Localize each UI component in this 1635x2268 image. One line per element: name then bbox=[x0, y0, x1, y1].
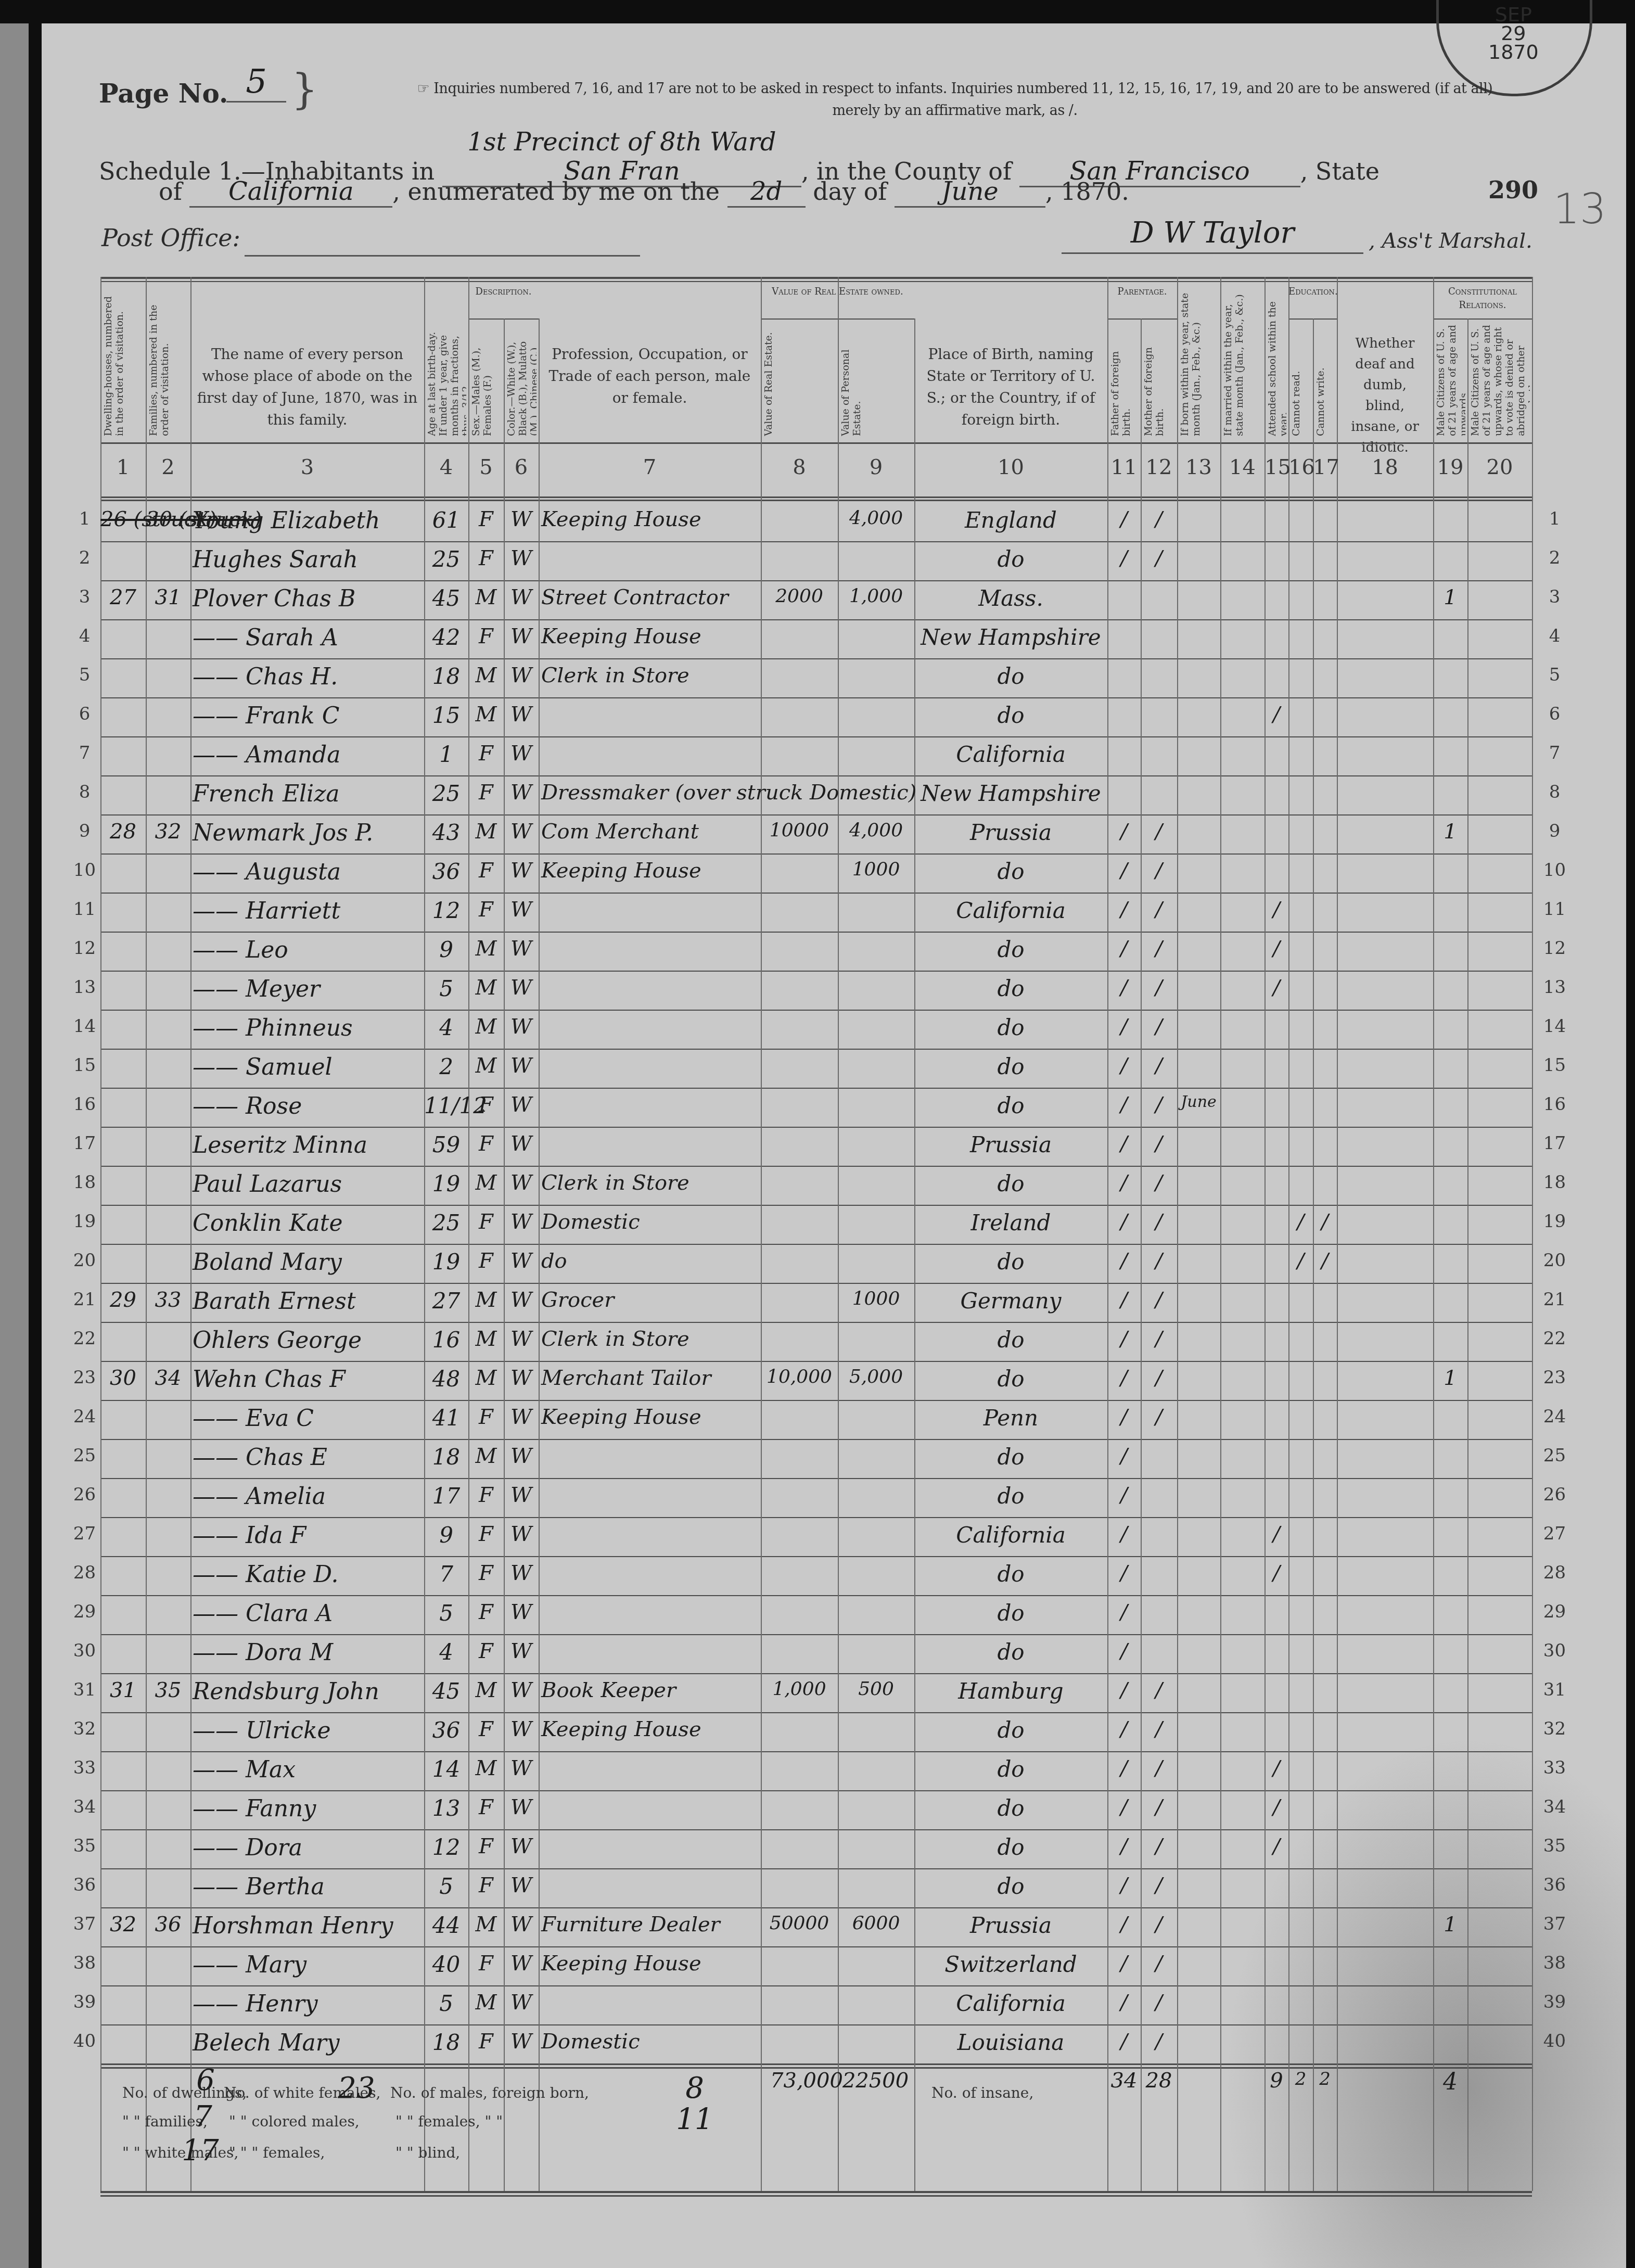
cell-age: 43 bbox=[424, 820, 468, 845]
line-number-left: 31 bbox=[73, 1679, 96, 1700]
cell-mother-foreign: / bbox=[1141, 546, 1177, 570]
cell-dwelling: 30 bbox=[100, 1366, 146, 1390]
line-number-left: 22 bbox=[73, 1328, 96, 1349]
cell-mother-foreign: / bbox=[1141, 1874, 1177, 1897]
cell-age: 19 bbox=[424, 1249, 468, 1275]
cell-sex: M bbox=[468, 1444, 504, 1468]
post-office-label: Post Office: bbox=[101, 224, 240, 252]
cell-occupation: Com Merchant bbox=[541, 820, 761, 844]
column-rule bbox=[190, 277, 191, 2191]
cell-birthplace: do bbox=[914, 1444, 1107, 1470]
line-number-right: 38 bbox=[1543, 1953, 1566, 1973]
cell-color: W bbox=[504, 1522, 539, 1546]
cell-cannot-write: / bbox=[1313, 1210, 1337, 1234]
line-number-left: 35 bbox=[73, 1836, 96, 1856]
cell-color: W bbox=[504, 2030, 539, 2054]
cell-personal-estate: 1000 bbox=[838, 859, 914, 880]
cell-name: —— Sarah A bbox=[193, 625, 424, 651]
column-number-15: 15 bbox=[1264, 455, 1288, 479]
line-number-right: 14 bbox=[1543, 1016, 1566, 1037]
cell-father-foreign: / bbox=[1107, 1561, 1141, 1585]
cell-dwelling: 26 (struck) bbox=[100, 507, 146, 531]
cell-age: 48 bbox=[424, 1366, 468, 1392]
cell-name: Leseritz Minna bbox=[193, 1132, 424, 1158]
column-number-4: 4 bbox=[424, 455, 468, 479]
column-number-11: 11 bbox=[1107, 455, 1141, 479]
column-header-18: Whether deaf and dumb, blind, insane, or… bbox=[1342, 333, 1428, 458]
cell-age: 27 bbox=[424, 1288, 468, 1314]
cell-real-estate: 10000 bbox=[761, 820, 838, 841]
column-number-18: 18 bbox=[1337, 455, 1433, 479]
cell-father-foreign: / bbox=[1107, 1132, 1141, 1156]
line-number-left: 8 bbox=[73, 782, 96, 802]
cell-school: / bbox=[1264, 1834, 1288, 1858]
cell-school: / bbox=[1264, 937, 1288, 961]
cell-name: —— Eva C bbox=[193, 1405, 424, 1432]
cell-age: 59 bbox=[424, 1132, 468, 1157]
line-number-left: 12 bbox=[73, 938, 96, 959]
rule bbox=[100, 1010, 1532, 1011]
cell-color: W bbox=[504, 546, 539, 570]
cell-birthplace: do bbox=[914, 1093, 1107, 1118]
rule bbox=[100, 1283, 1532, 1284]
rule bbox=[100, 2024, 1532, 2025]
line-number-left: 26 bbox=[73, 1484, 96, 1505]
cell-school: / bbox=[1264, 1795, 1288, 1819]
line-number-left: 11 bbox=[73, 899, 96, 920]
cell-father-foreign: / bbox=[1107, 1405, 1141, 1429]
column-number-12: 12 bbox=[1141, 455, 1177, 479]
line-number-right: 7 bbox=[1543, 743, 1566, 763]
cell-real-estate: 50000 bbox=[761, 1913, 838, 1934]
cell-sex: M bbox=[468, 1678, 504, 1702]
cell-sex: M bbox=[468, 1015, 504, 1039]
line-number-left: 1 bbox=[73, 508, 96, 529]
cell-birthplace: do bbox=[914, 1717, 1107, 1743]
column-rule bbox=[761, 277, 762, 2191]
cell-sex: M bbox=[468, 1171, 504, 1195]
cell-citizen: 1 bbox=[1433, 585, 1467, 609]
column-number-5: 5 bbox=[468, 455, 504, 479]
cell-sex: F bbox=[468, 1093, 504, 1117]
column-rule bbox=[539, 318, 540, 2191]
cell-age: 25 bbox=[424, 546, 468, 572]
cell-school: / bbox=[1264, 898, 1288, 922]
cell-name: Young Elizabeth bbox=[193, 507, 424, 534]
cell-birthplace: do bbox=[914, 1795, 1107, 1821]
cell-personal-estate: 6000 bbox=[838, 1913, 914, 1934]
cell-father-foreign: / bbox=[1107, 859, 1141, 883]
rule bbox=[100, 1751, 1532, 1752]
line-number-right: 13 bbox=[1543, 977, 1566, 998]
line-number-left: 7 bbox=[73, 743, 96, 763]
cell-age: 18 bbox=[424, 1444, 468, 1470]
cell-sex: M bbox=[468, 1913, 504, 1936]
cell-mother-foreign: / bbox=[1141, 1210, 1177, 1234]
cell-birthplace: do bbox=[914, 546, 1107, 572]
cell-father-foreign: / bbox=[1107, 1327, 1141, 1351]
cell-mother-foreign: / bbox=[1141, 1795, 1177, 1819]
cell-birthplace: England bbox=[914, 507, 1107, 533]
cell-mother-foreign: / bbox=[1141, 1952, 1177, 1976]
cell-birthplace: do bbox=[914, 1483, 1107, 1509]
line-number-left: 34 bbox=[73, 1796, 96, 1817]
line-number-left: 39 bbox=[73, 1992, 96, 2012]
group-header-description: Description. bbox=[468, 285, 539, 299]
cell-father-foreign: / bbox=[1107, 1600, 1141, 1624]
instructions-line-2: merely by an affirmative mark, as /. bbox=[375, 100, 1535, 122]
total-personal-estate: 22500 bbox=[838, 2069, 913, 2093]
cell-name: —— Phinneus bbox=[193, 1015, 424, 1041]
cell-dwelling: 28 bbox=[100, 820, 146, 844]
cell-birthplace: Prussia bbox=[914, 820, 1107, 845]
cell-sex: F bbox=[468, 1522, 504, 1546]
line-number-right: 6 bbox=[1543, 704, 1566, 724]
schedule-line-2: of California, enumerated by me on the 2… bbox=[159, 177, 1129, 208]
cell-sex: F bbox=[468, 1717, 504, 1741]
cell-birthplace: do bbox=[914, 976, 1107, 1001]
cell-color: W bbox=[504, 1834, 539, 1858]
rule bbox=[100, 500, 1532, 501]
cell-dwelling: 32 bbox=[100, 1913, 146, 1936]
cell-personal-estate: 1000 bbox=[838, 1288, 914, 1309]
total-real-estate: 73,000 bbox=[770, 2069, 838, 2093]
line-number-right: 11 bbox=[1543, 899, 1566, 920]
line-number-left: 15 bbox=[73, 1055, 96, 1076]
cell-personal-estate: 5,000 bbox=[838, 1366, 914, 1387]
cell-age: 18 bbox=[424, 2030, 468, 2055]
line-number-right: 1 bbox=[1543, 508, 1566, 529]
cell-age: 5 bbox=[424, 1874, 468, 1899]
cell-mother-foreign: / bbox=[1141, 1288, 1177, 1312]
cell-father-foreign: / bbox=[1107, 1288, 1141, 1312]
cell-mother-foreign: / bbox=[1141, 937, 1177, 961]
cell-occupation: Keeping House bbox=[541, 1717, 761, 1741]
line-number-left: 27 bbox=[73, 1523, 96, 1544]
cell-color: W bbox=[504, 781, 539, 805]
cell-father-foreign: / bbox=[1107, 546, 1141, 570]
column-header-4: Age at last birth-day. If under 1 year, … bbox=[426, 323, 466, 436]
cell-personal-estate: 1,000 bbox=[838, 585, 914, 607]
cell-occupation: Dressmaker (over struck Domestic) bbox=[541, 781, 761, 805]
rule bbox=[100, 775, 1532, 776]
column-number-20: 20 bbox=[1467, 455, 1532, 479]
cell-age: 13 bbox=[424, 1795, 468, 1821]
marshal-title: , Ass't Marshal. bbox=[1369, 229, 1532, 253]
cell-age: 40 bbox=[424, 1952, 468, 1977]
cell-age: 5 bbox=[424, 976, 468, 1001]
cell-birthplace: California bbox=[914, 1522, 1107, 1548]
cell-name: —— Katie D. bbox=[193, 1561, 424, 1588]
foreign-males-label: No. of males, foreign born, bbox=[390, 2084, 589, 2101]
rule bbox=[100, 1322, 1532, 1323]
line-number-left: 10 bbox=[73, 860, 96, 881]
line-number-right: 35 bbox=[1543, 1836, 1566, 1856]
cell-name: —— Chas E bbox=[193, 1444, 424, 1471]
cell-sex: F bbox=[468, 1132, 504, 1156]
cell-father-foreign: / bbox=[1107, 1678, 1141, 1702]
instructions-line-1: ☞ Inquiries numbered 7, 16, and 17 are n… bbox=[375, 78, 1535, 100]
column-header-3: The name of every person whose place of … bbox=[196, 343, 419, 431]
column-header-12: Mother of foreign birth. bbox=[1143, 323, 1175, 436]
line-number-right: 10 bbox=[1543, 860, 1566, 881]
day-field: 2d bbox=[727, 177, 806, 208]
column-number-10: 10 bbox=[914, 455, 1107, 479]
post-office-field bbox=[245, 229, 640, 257]
cell-birthplace: do bbox=[914, 703, 1107, 728]
line-number-left: 4 bbox=[73, 626, 96, 646]
colored-males-label: " " colored males, bbox=[229, 2113, 360, 2130]
cell-birthplace: do bbox=[914, 937, 1107, 962]
group-header-real-estate: Value of Real Estate owned. bbox=[761, 285, 914, 299]
line-number-right: 39 bbox=[1543, 1992, 1566, 2012]
cell-sex: M bbox=[468, 1366, 504, 1390]
cell-occupation: Keeping House bbox=[541, 507, 761, 531]
margin-number: 13 bbox=[1553, 185, 1606, 233]
cell-mother-foreign: / bbox=[1141, 1054, 1177, 1078]
line-number-left: 24 bbox=[73, 1406, 96, 1427]
column-number-13: 13 bbox=[1177, 455, 1220, 479]
line-number-left: 36 bbox=[73, 1875, 96, 1895]
column-rule bbox=[100, 277, 101, 2191]
cell-birthplace: Hamburg bbox=[914, 1678, 1107, 1704]
total-mother-foreign: 28 bbox=[1141, 2069, 1177, 2093]
cell-sex: F bbox=[468, 1639, 504, 1663]
cell-sex: F bbox=[468, 898, 504, 922]
line-number-right: 32 bbox=[1543, 1718, 1566, 1739]
rule bbox=[100, 541, 1532, 542]
column-header-1: Dwelling-houses, numbered in the order o… bbox=[103, 284, 144, 436]
group-header-constitutional: Constitutional Relations. bbox=[1433, 285, 1532, 312]
cell-sex: F bbox=[468, 1210, 504, 1234]
cell-father-foreign: / bbox=[1107, 1483, 1141, 1507]
cell-occupation: Domestic bbox=[541, 2030, 761, 2054]
column-number-19: 19 bbox=[1433, 455, 1467, 479]
cell-age: 2 bbox=[424, 1054, 468, 1079]
cell-color: W bbox=[504, 1991, 539, 2015]
cell-color: W bbox=[504, 1913, 539, 1936]
cell-name: —— Mary bbox=[193, 1952, 424, 1978]
line-number-left: 13 bbox=[73, 977, 96, 998]
column-rule bbox=[1288, 277, 1289, 2191]
column-rule bbox=[1177, 277, 1178, 2191]
cell-age: 45 bbox=[424, 1678, 468, 1704]
cell-birthplace: Prussia bbox=[914, 1913, 1107, 1938]
cell-name: Ohlers George bbox=[193, 1327, 424, 1354]
cell-color: W bbox=[504, 1874, 539, 1897]
column-rule bbox=[1220, 277, 1221, 2191]
rule bbox=[100, 932, 1532, 933]
cell-real-estate: 10,000 bbox=[761, 1366, 838, 1387]
cell-color: W bbox=[504, 1483, 539, 1507]
cell-school: / bbox=[1264, 703, 1288, 727]
line-number-right: 24 bbox=[1543, 1406, 1566, 1427]
cell-birthplace: Louisiana bbox=[914, 2030, 1107, 2055]
cell-name: —— Dora M bbox=[193, 1639, 424, 1666]
column-header-15: Attended school within the year. bbox=[1267, 284, 1286, 436]
rule bbox=[100, 1907, 1532, 1908]
month-field: June bbox=[895, 177, 1045, 208]
cell-occupation: Domestic bbox=[541, 1210, 761, 1234]
cell-birthplace: do bbox=[914, 1366, 1107, 1392]
cell-sex: F bbox=[468, 625, 504, 648]
cell-father-foreign: / bbox=[1107, 1015, 1141, 1039]
line-number-right: 36 bbox=[1543, 1875, 1566, 1895]
cell-birthplace: do bbox=[914, 1015, 1107, 1040]
cell-sex: F bbox=[468, 507, 504, 531]
cell-color: W bbox=[504, 1210, 539, 1234]
rule bbox=[100, 1712, 1532, 1713]
cell-cannot-read: / bbox=[1288, 1210, 1313, 1234]
rule bbox=[100, 2191, 1532, 2193]
cell-family: 33 bbox=[146, 1288, 190, 1312]
cell-mother-foreign: / bbox=[1141, 1678, 1177, 1702]
rule bbox=[100, 1829, 1532, 1830]
column-rule bbox=[146, 277, 147, 2191]
line-number-left: 29 bbox=[73, 1601, 96, 1622]
cell-name: —— Ulricke bbox=[193, 1717, 424, 1744]
cell-birthplace: Penn bbox=[914, 1405, 1107, 1431]
cell-age: 5 bbox=[424, 1991, 468, 2016]
cell-mother-foreign: / bbox=[1141, 1991, 1177, 2015]
cell-sex: F bbox=[468, 742, 504, 766]
cell-citizen: 1 bbox=[1433, 1366, 1467, 1390]
cell-birthplace: Prussia bbox=[914, 1132, 1107, 1157]
cell-name: —— Ida F bbox=[193, 1522, 424, 1549]
column-rule bbox=[1532, 277, 1533, 2191]
line-number-left: 33 bbox=[73, 1757, 96, 1778]
cell-family: 36 bbox=[146, 1913, 190, 1936]
cell-mother-foreign: / bbox=[1141, 1171, 1177, 1195]
foreign-females-count: 11 bbox=[674, 2103, 716, 2136]
cell-mother-foreign: / bbox=[1141, 1834, 1177, 1858]
rule bbox=[100, 580, 1532, 581]
page-no-label: Page No. bbox=[99, 78, 228, 109]
cell-occupation: Keeping House bbox=[541, 1952, 761, 1976]
page-number: 5 bbox=[226, 62, 286, 103]
column-header-16: Cannot read. bbox=[1291, 323, 1311, 436]
cell-birthplace: do bbox=[914, 1639, 1107, 1665]
rule bbox=[100, 496, 1532, 498]
cell-father-foreign: / bbox=[1107, 976, 1141, 1000]
rule bbox=[100, 2195, 1532, 2197]
column-number-6: 6 bbox=[504, 455, 539, 479]
column-number-8: 8 bbox=[761, 455, 838, 479]
cell-name: —— Amanda bbox=[193, 742, 424, 768]
cell-sex: M bbox=[468, 1991, 504, 2015]
line-number-right: 8 bbox=[1543, 782, 1566, 802]
line-number-right: 2 bbox=[1543, 547, 1566, 568]
cell-name: —— Frank C bbox=[193, 703, 424, 729]
cell-color: W bbox=[504, 585, 539, 609]
cell-name: Boland Mary bbox=[193, 1249, 424, 1276]
cell-school: / bbox=[1264, 976, 1288, 1000]
cell-color: W bbox=[504, 898, 539, 922]
cell-family: 35 bbox=[146, 1678, 190, 1702]
cell-sex: M bbox=[468, 585, 504, 609]
cell-sex: M bbox=[468, 703, 504, 727]
cell-family: 31 bbox=[146, 585, 190, 609]
cell-sex: F bbox=[468, 1874, 504, 1897]
families-count: 7 bbox=[182, 2100, 224, 2134]
cell-color: W bbox=[504, 1366, 539, 1390]
cell-mother-foreign: / bbox=[1141, 2030, 1177, 2054]
line-number-right: 25 bbox=[1543, 1445, 1566, 1466]
cell-real-estate: 2000 bbox=[761, 585, 838, 607]
cell-name: Hughes Sarah bbox=[193, 546, 424, 573]
column-header-14: If married within the year, state month … bbox=[1222, 284, 1262, 436]
column-rule bbox=[1337, 277, 1338, 2191]
cell-occupation: Grocer bbox=[541, 1288, 761, 1312]
line-number-right: 34 bbox=[1543, 1796, 1566, 1817]
cell-school: / bbox=[1264, 1561, 1288, 1585]
cell-color: W bbox=[504, 1093, 539, 1117]
cell-age: 25 bbox=[424, 1210, 468, 1235]
rule bbox=[100, 1595, 1532, 1596]
column-header-5: Sex.—Males (M.), Females (F.) bbox=[470, 323, 502, 436]
cell-color: W bbox=[504, 976, 539, 1000]
cell-birthplace: do bbox=[914, 1874, 1107, 1899]
cell-name: French Eliza bbox=[193, 781, 424, 807]
rule bbox=[100, 1790, 1532, 1791]
cell-birthplace: California bbox=[914, 1991, 1107, 2016]
rule bbox=[100, 281, 1532, 282]
cell-age: 36 bbox=[424, 859, 468, 884]
rule bbox=[100, 893, 1532, 894]
dwellings-count: 6 bbox=[185, 2063, 226, 2097]
cell-father-foreign: / bbox=[1107, 1249, 1141, 1273]
column-header-2: Families, numbered in the order of visit… bbox=[148, 284, 188, 436]
column-header-13: If born within the year, state month (Ja… bbox=[1179, 284, 1218, 436]
cell-father-foreign: / bbox=[1107, 2030, 1141, 2054]
cell-name: —— Meyer bbox=[193, 976, 424, 1002]
cell-mother-foreign: / bbox=[1141, 1405, 1177, 1429]
cell-name: Barath Ernest bbox=[193, 1288, 424, 1315]
cell-color: W bbox=[504, 859, 539, 883]
cell-color: W bbox=[504, 1288, 539, 1312]
instructions: ☞ Inquiries numbered 7, 16, and 17 are n… bbox=[375, 78, 1535, 122]
cell-personal-estate: 4,000 bbox=[838, 820, 914, 841]
cell-name: —— Augusta bbox=[193, 859, 424, 885]
cell-age: 7 bbox=[424, 1561, 468, 1587]
cell-name: Rendsburg John bbox=[193, 1678, 424, 1705]
total-father-foreign: 34 bbox=[1107, 2069, 1141, 2093]
cell-birthplace: do bbox=[914, 1171, 1107, 1196]
column-header-6: Color.—White (W.), Black (B.), Mulatto (… bbox=[506, 323, 537, 436]
cell-age: 5 bbox=[424, 1600, 468, 1626]
cell-sex: M bbox=[468, 1756, 504, 1780]
cell-color: W bbox=[504, 1639, 539, 1663]
cell-mother-foreign: / bbox=[1141, 1132, 1177, 1156]
cell-sex: M bbox=[468, 1327, 504, 1351]
line-number-right: 30 bbox=[1543, 1640, 1566, 1661]
cell-school: / bbox=[1264, 1522, 1288, 1546]
rule bbox=[100, 277, 1532, 279]
line-number-left: 9 bbox=[73, 821, 96, 842]
column-header-7: Profession, Occupation, or Trade of each… bbox=[544, 343, 756, 409]
cell-sex: F bbox=[468, 1795, 504, 1819]
cell-cannot-write: / bbox=[1313, 1249, 1337, 1273]
cell-age: 61 bbox=[424, 507, 468, 533]
cell-sex: F bbox=[468, 1483, 504, 1507]
rule bbox=[1107, 318, 1177, 320]
cell-family: 34 bbox=[146, 1366, 190, 1390]
cell-cannot-read: / bbox=[1288, 1249, 1313, 1273]
cell-father-foreign: / bbox=[1107, 507, 1141, 531]
cell-occupation: Clerk in Store bbox=[541, 1327, 761, 1351]
cell-citizen: 1 bbox=[1433, 820, 1467, 844]
stamp-day: 29 bbox=[1488, 24, 1539, 43]
